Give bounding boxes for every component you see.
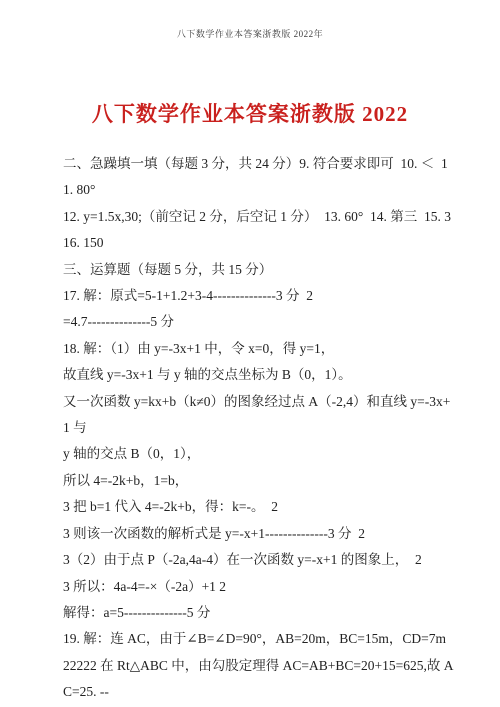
document-page: 八下数学作业本答案浙教版 2022年 八下数学作业本答案浙教版 2022 二、急… (0, 0, 500, 707)
text-line: 22222 在 Rt△ABC 中，由勾股定理得 AC=AB+BC=20+15=6… (63, 653, 454, 706)
text-line: 3 把 b=1 代入 4=-2k+b，得：k=-。 2 (63, 494, 454, 520)
text-line: 3（2）由于点 P（-2a,4a-4）在一次函数 y=-x+1 的图象上， 2 (63, 547, 454, 573)
running-header: 八下数学作业本答案浙教版 2022年 (0, 27, 500, 40)
text-line: 19. 解：连 AC，由于∠B=∠D=90°，AB=20m，BC=15m，CD=… (63, 626, 454, 652)
text-line: 18. 解：（1）由 y=-3x+1 中，令 x=0，得 y=1， (63, 336, 454, 362)
text-line: 3 所以：4a-4=-×（-2a）+1 2 (63, 574, 454, 600)
answer-body: 二、急躁填一填（每题 3 分，共 24 分）9. 符合要求即可 10. ＜ 11… (63, 151, 454, 706)
text-line: =4.7--------------5 分 (63, 309, 454, 335)
page-title: 八下数学作业本答案浙教版 2022 (0, 98, 500, 128)
text-line: 所以 4=-2k+b，1=b， (63, 468, 454, 494)
text-line: 12. y=1.5x,30;（前空记 2 分，后空记 1 分） 13. 60° … (63, 204, 454, 230)
text-line: 故直线 y=-3x+1 与 y 轴的交点坐标为 B（0，1）。 (63, 362, 454, 388)
text-line: 16. 150 (63, 230, 454, 256)
text-line: 3 则该一次函数的解析式是 y=-x+1--------------3 分 2 (63, 521, 454, 547)
text-line: 解得：a=5--------------5 分 (63, 600, 454, 626)
text-line: 17. 解：原式=5-1+1.2+3-4--------------3 分 2 (63, 283, 454, 309)
text-line: 二、急躁填一填（每题 3 分，共 24 分）9. 符合要求即可 10. ＜ 11… (63, 151, 454, 204)
text-line: 又一次函数 y=kx+b（k≠0）的图象经过点 A（-2,4）和直线 y=-3x… (63, 389, 454, 442)
text-line: y 轴的交点 B（0，1）， (63, 441, 454, 467)
text-line: 三、运算题（每题 5 分，共 15 分） (63, 257, 454, 283)
